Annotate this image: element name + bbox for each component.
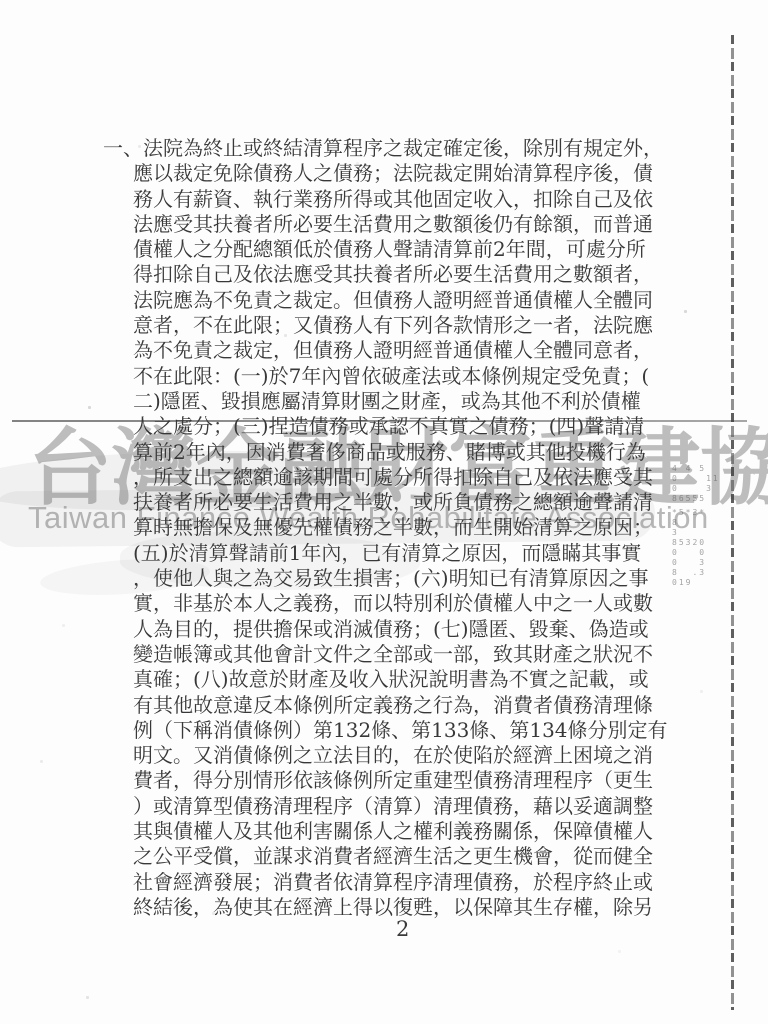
text-line: 債權人之分配總額低於債務人聲請清算前2年間，可處分所 (133, 237, 673, 262)
fax-stamp-row: 0 0 (672, 548, 730, 558)
text-line: ，所支出之總額逾該期間可處分所得扣除自己及依法應受其 (133, 465, 673, 490)
scan-speck (700, 690, 703, 693)
text-line: 變造帳簿或其他會計文件之全部或一部，致其財產之狀況不 (133, 642, 673, 667)
text-line: 人之處分；(三)捏造債務或承認不真實之債務；(四)聲請清 (133, 414, 673, 439)
scan-speck (40, 760, 43, 763)
text-line: 二)隱匿、毀損應屬清算財團之財產，或為其他不利於債權 (133, 389, 673, 414)
text-line: 例（下稱消債條例）第132條、第133條、第134條分別定有 (133, 718, 673, 743)
text-line: 算時無擔保及無優先權債務之半數，而生開始清算之原因； (133, 515, 673, 540)
text-line: ，使他人與之為交易致生損害；(六)明知已有清算原因之事 (133, 566, 673, 591)
text-line: 明文。又消債條例之立法目的，在於使陷於經濟上困境之消 (133, 743, 673, 768)
fax-stamp-row: 4 4 5 (672, 464, 730, 474)
text-line: 法應受其扶養者所必要生活費用之數額後仍有餘額，而普通 (133, 212, 673, 237)
fax-stamp-row: 8 .3 (672, 568, 730, 578)
fax-stamp-row: 8 (672, 518, 730, 528)
fax-stamp-marks: 4 4 50 110 386555 (672, 464, 730, 504)
scanned-document-page: 台灣金融財富重建協會 Taiwan Finance Wealth Rehabil… (0, 0, 768, 1024)
fax-stamp-row: 0 3 (672, 558, 730, 568)
text-line: 有其他故意違反本條例所定義務之行為，消費者債務清理條 (133, 693, 673, 718)
text-line: 真確；(八)故意於財產及收入狀況說明書為不實之記載，或 (133, 667, 673, 692)
scan-speck (86, 996, 89, 999)
scan-speck (212, 912, 215, 915)
scan-speck (684, 310, 687, 313)
text-line: 應以裁定免除債務人之債務；法院裁定開始清算程序後，債 (133, 161, 673, 186)
text-line: 實，非基於本人之義務，而以特別利於債權人中之一人或數 (133, 591, 673, 616)
fax-stamp-row: 0 11 (672, 474, 730, 484)
text-line: 一、法院為終止或終結清算程序之裁定確定後，除別有規定外， (103, 136, 673, 161)
text-line: 算前2年內，因消費奢侈商品或服務、賭博或其他投機行為 (133, 440, 673, 465)
fax-stamp-row: 019 (672, 578, 730, 588)
fax-stamp-row: 3 (672, 528, 730, 538)
text-line: 意者，不在此限；又債務人有下列各款情形之一者，法院應 (133, 313, 673, 338)
fax-stamp-row: 85320 (672, 538, 730, 548)
fax-stamp-row: 0 3 (672, 484, 730, 494)
document-text: 一、法院為終止或終結清算程序之裁定確定後，除別有規定外，應以裁定免除債務人之債務… (133, 136, 673, 920)
text-line: (五)於清算聲請前1年內，已有清算之原因，而隱瞞其事實 (133, 541, 673, 566)
text-line: 社會經濟發展；消費者依清算程序清理債務，於程序終止或 (133, 870, 673, 895)
scan-speck (465, 908, 468, 911)
scan-speck (356, 162, 359, 165)
fax-stamp-marks: *5*3*8385320 (672, 508, 730, 548)
text-line: 為不免責之裁定，但債務人證明經普通債權人全體同意者， (133, 338, 673, 363)
scan-speck (138, 145, 141, 148)
text-line: 之公平受償，並謀求消費者經濟生活之更生機會，從而健全 (133, 844, 673, 869)
scan-speck (577, 302, 580, 305)
text-line: 法院應為不免責之裁定。但債務人證明經普通債權人全體同 (133, 288, 673, 313)
text-line: 不在此限：(一)於7年內曾依破產法或本條例規定受免責；( (133, 364, 673, 389)
fax-stamp-marks: 0 00 38 .3019 (672, 548, 730, 588)
page-number: 2 (396, 917, 409, 941)
scan-speck (88, 406, 91, 409)
text-line: 費者，得分別情形依該條例所定重建型債務清理程序（更生 (133, 768, 673, 793)
scan-speck (618, 950, 621, 953)
scan-speck (62, 624, 65, 627)
vertical-dashed-scan-line (731, 35, 734, 1010)
text-line: 務人有薪資、執行業務所得或其他固定收入，扣除自己及依 (133, 187, 673, 212)
text-line: 其與債權人及其他利害關係人之權利義務關係，保障債權人 (133, 819, 673, 844)
scan-speck (284, 334, 287, 337)
fax-stamp-row: 86555 (672, 494, 730, 504)
text-line: 得扣除自己及依法應受其扶養者所必要生活費用之數額者， (133, 262, 673, 287)
text-line: 扶養者所必要生活費用之半數，或所負債務之總額逾聲請清 (133, 490, 673, 515)
fax-stamp-row: *5*3* (672, 508, 730, 518)
text-line: 人為目的，提供擔保或消滅債務；(七)隱匿、毀棄、偽造或 (133, 617, 673, 642)
text-line: ）或清算型債務清理程序（清算）清理債務，藉以妥適調整 (133, 794, 673, 819)
